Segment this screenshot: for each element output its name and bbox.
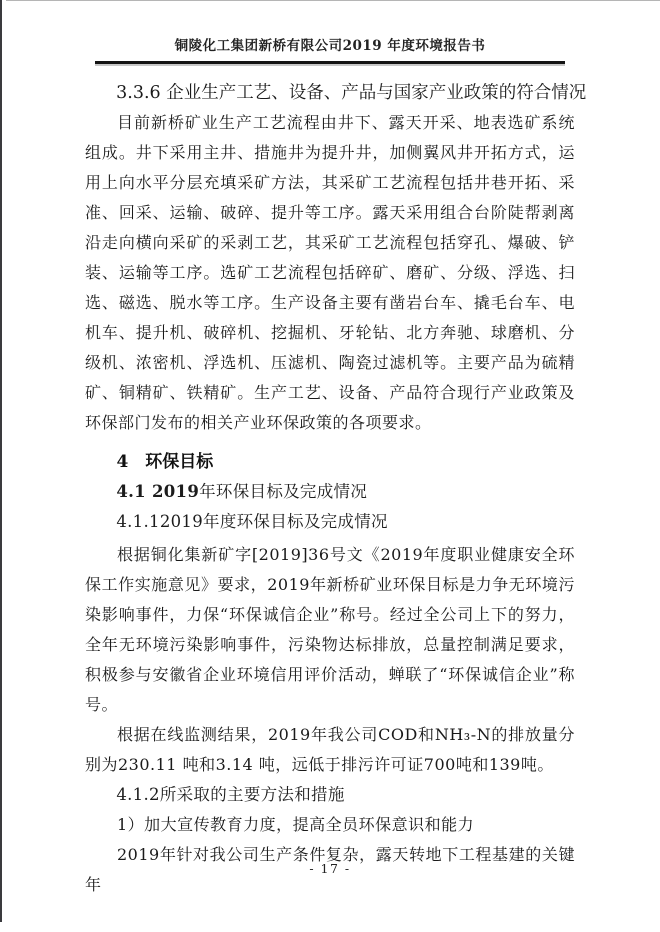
section-3-3-6-paragraph: 目前新桥矿业生产工艺流程由井下、露天开采、地表选矿系统组成。井下采用主井、措施井… bbox=[85, 108, 575, 438]
page-header-title: 铜陵化工集团新桥有限公司2019 年度环境报告书 bbox=[0, 0, 660, 54]
section-4-heading: 4 环保目标 bbox=[85, 447, 575, 477]
page-number: - 17 - bbox=[0, 861, 660, 876]
scan-top-edge bbox=[6, 0, 660, 1]
section-4-1-heading-number: 4.1 2019 bbox=[116, 482, 199, 501]
document-page: 铜陵化工集团新桥有限公司2019 年度环境报告书 3.3.6 企业生产工艺、设备… bbox=[0, 0, 660, 932]
section-3-3-6-heading: 3.3.6 企业生产工艺、设备、产品与国家产业政策的符合情况 bbox=[85, 78, 575, 108]
section-4-1-1-paragraph-2: 根据在线监测结果，2019年我公司COD和NH₃-N的排放量分别为230.11 … bbox=[85, 720, 575, 780]
document-body: 3.3.6 企业生产工艺、设备、产品与国家产业政策的符合情况 目前新桥矿业生产工… bbox=[85, 78, 575, 900]
section-4-1-1-paragraph-1: 根据铜化集新矿字[2019]36号文《2019年度职业健康安全环保工作实施意见》… bbox=[85, 540, 575, 720]
section-4-1-1-heading: 4.1.12019年度环保目标及完成情况 bbox=[85, 507, 575, 537]
section-4-1-2-item-1: 1）加大宣传教育力度，提高全员环保意识和能力 bbox=[85, 810, 575, 840]
header-rule bbox=[95, 61, 565, 64]
scan-left-edge bbox=[0, 0, 2, 922]
section-4-1-heading: 4.1 2019年环保目标及完成情况 bbox=[85, 477, 575, 507]
section-4-1-2-heading: 4.1.2所采取的主要方法和措施 bbox=[85, 780, 575, 810]
section-4-1-heading-text: 年环保目标及完成情况 bbox=[199, 482, 367, 501]
